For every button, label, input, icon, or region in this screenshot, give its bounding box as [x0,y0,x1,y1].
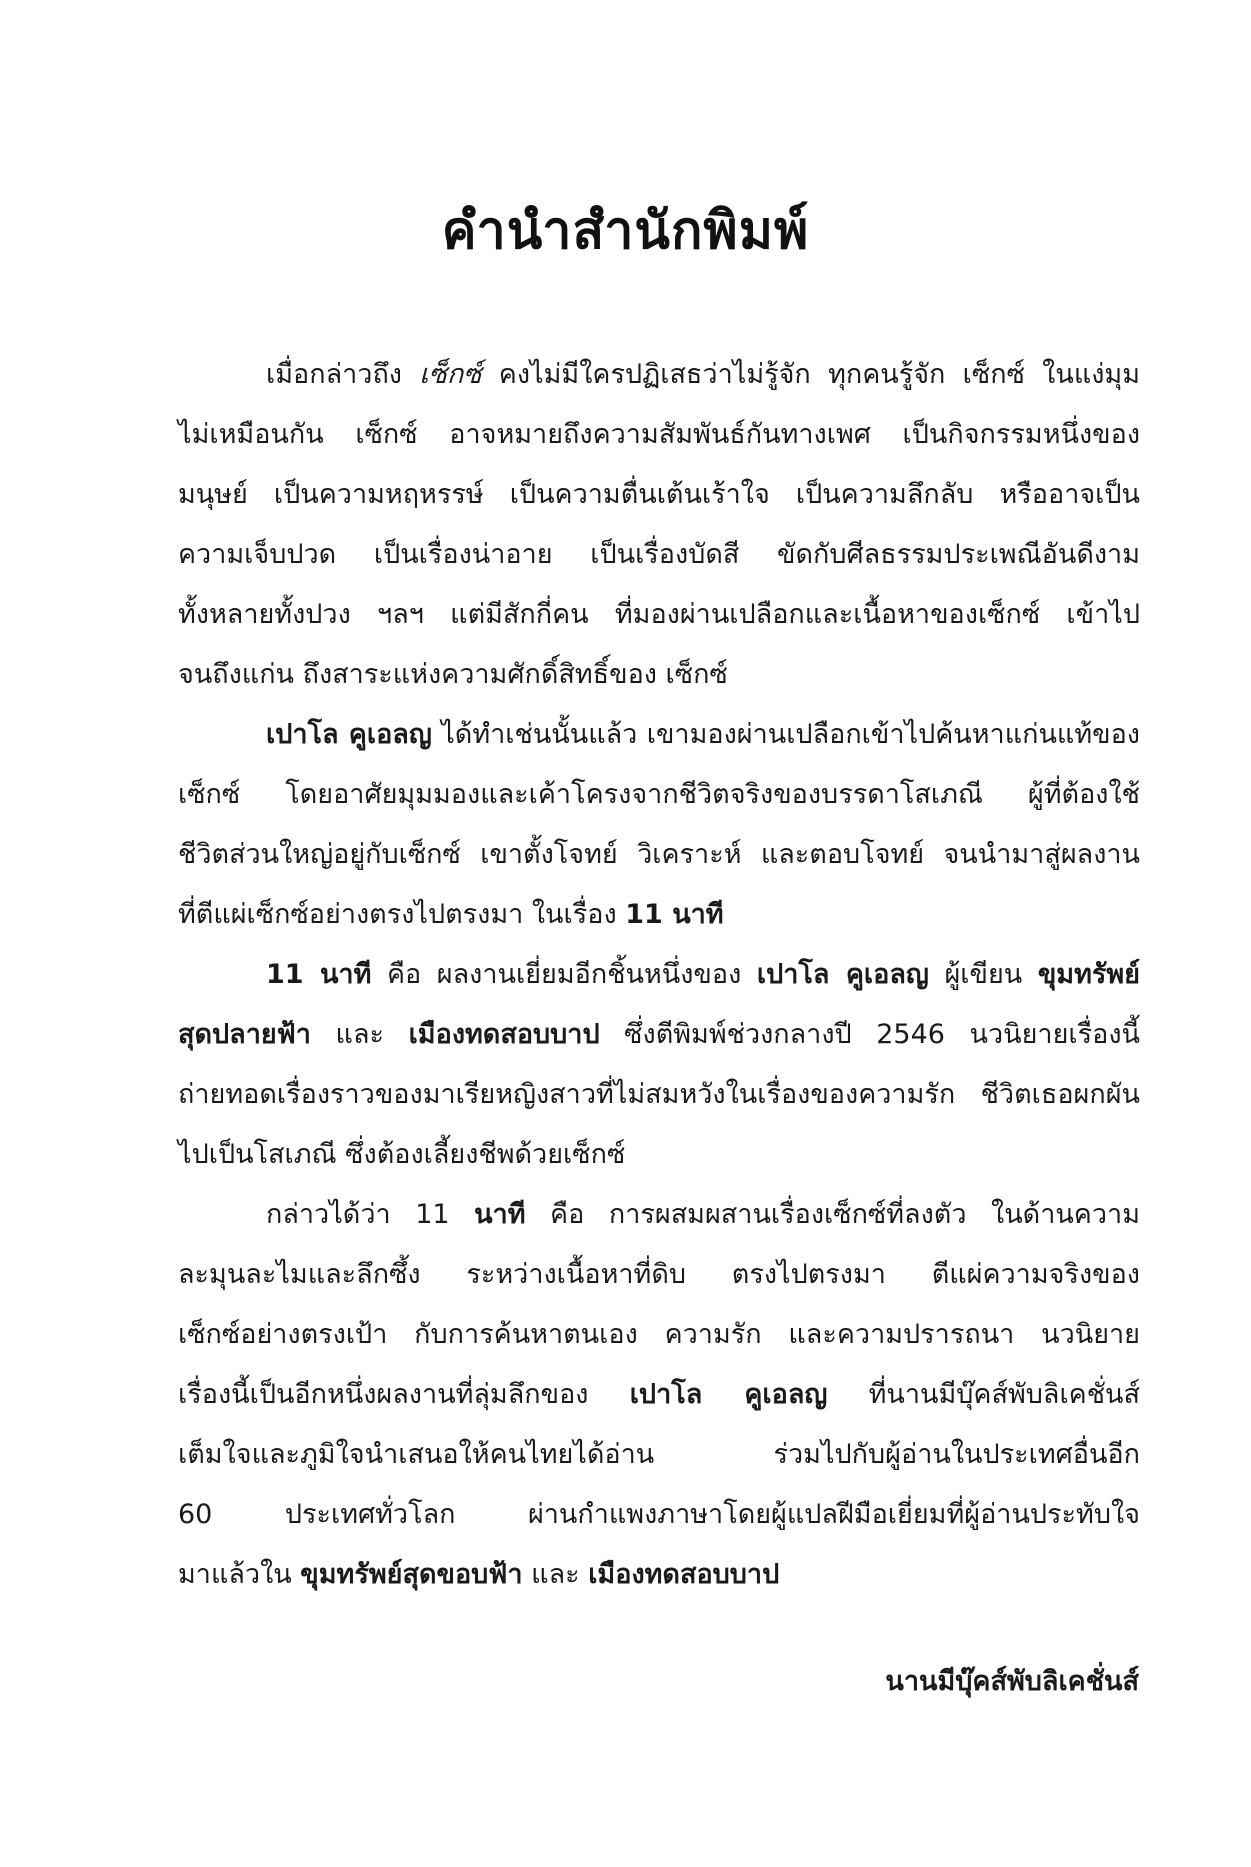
text-segment: ถ่ายทอดเรื่องราวของมาเรียหญิงสาวที่ไม่สม… [178,1079,1140,1110]
text-segment: เซ็กซ์ โดยอาศัยมุมมองและเค้าโครงจากชีวิต… [178,779,1140,810]
document-page: คำนำสำนักพิมพ์ เมื่อกล่าวถึง เซ็กซ์ คงไม… [0,0,1251,1867]
preface-body: เมื่อกล่าวถึง เซ็กซ์ คงไม่มีใครปฏิเสธว่า… [178,345,1140,1605]
text-line: กล่าวได้ว่า 11 นาที คือ การผสมผสานเรื่อง… [178,1185,1140,1245]
text-segment: ที่นานมีบุ๊คส์พับลิเคชั่นส์ [827,1379,1140,1410]
bold-text: นาที [474,1199,525,1230]
bold-text: เปาโล คูเอลญ [630,1379,828,1410]
text-segment: ละมุนละไมและลึกซึ้ง ระหว่างเนื้อหาที่ดิบ… [178,1259,1140,1290]
text-line: เปาโล คูเอลญ ได้ทำเช่นนั้นแล้ว เขามองผ่า… [178,705,1140,765]
text-line: เต็มใจและภูมิใจนำเสนอให้คนไทยได้อ่าน ร่ว… [178,1425,1140,1485]
text-segment: และ [311,1019,409,1050]
text-segment: มนุษย์ เป็นความหฤหรรษ์ เป็นความตื่นเต้นเ… [178,479,1140,510]
bold-text: ขุมทรัพย์สุดขอบฟ้า [300,1559,522,1590]
page-title: คำนำสำนักพิมพ์ [0,188,1251,271]
text-line: มาแล้วใน ขุมทรัพย์สุดขอบฟ้า และ เมืองทดส… [178,1545,1140,1605]
text-segment: คือ ผลงานเยี่ยมอีกชิ้นหนึ่งของ [371,959,756,990]
text-segment: ได้ทำเช่นนั้นแล้ว เขามองผ่านเปลือกเข้าไป… [432,719,1140,750]
bold-text: สุดปลายฟ้า [178,1019,311,1050]
text-segment: เมื่อกล่าวถึง [266,359,419,390]
text-line: ละมุนละไมและลึกซึ้ง ระหว่างเนื้อหาที่ดิบ… [178,1245,1140,1305]
text-segment: กล่าวได้ว่า 11 [266,1199,474,1230]
text-line: เซ็กซ์ โดยอาศัยมุมมองและเค้าโครงจากชีวิต… [178,765,1140,825]
paragraph: 11 นาที คือ ผลงานเยี่ยมอีกชิ้นหนึ่งของ เ… [178,945,1140,1185]
text-segment: 60 ประเทศทั่วโลก ผ่านกำแพงภาษาโดยผู้แปลฝ… [178,1499,1140,1530]
text-line: 11 นาที คือ ผลงานเยี่ยมอีกชิ้นหนึ่งของ เ… [178,945,1140,1005]
text-segment: เซ็กซ์อย่างตรงเป้า กับการค้นหาตนเอง ความ… [178,1319,1140,1350]
text-segment: คือ การผสมผสานเรื่องเซ็กซ์ที่ลงตัว ในด้า… [526,1199,1140,1230]
text-line: ไม่เหมือนกัน เซ็กซ์ อาจหมายถึงความสัมพัน… [178,405,1140,465]
text-segment: ซึ่งตีพิมพ์ช่วงกลางปี 2546 นวนิยายเรื่อง… [600,1019,1140,1050]
text-line: สุดปลายฟ้า และ เมืองทดสอบบาป ซึ่งตีพิมพ์… [178,1005,1140,1065]
text-line: ถ่ายทอดเรื่องราวของมาเรียหญิงสาวที่ไม่สม… [178,1065,1140,1125]
paragraph: กล่าวได้ว่า 11 นาที คือ การผสมผสานเรื่อง… [178,1185,1140,1605]
text-segment: ที่ตีแผ่เซ็กซ์อย่างตรงไปตรงมา ในเรื่อง [178,899,625,930]
bold-text: เปาโล คูเอลญ [266,719,432,750]
text-segment: เต็มใจและภูมิใจนำเสนอให้คนไทยได้อ่าน ร่ว… [178,1439,1140,1470]
text-segment: ทั้งหลายทั้งปวง ฯลฯ แต่มีสักกี่คน ที่มอง… [178,599,1140,630]
text-line: จนถึงแก่น ถึงสาระแห่งความศักดิ์สิทธิ์ของ… [178,645,1140,705]
text-line: ไปเป็นโสเภณี ซึ่งต้องเลี้ยงชีพด้วยเซ็กซ์ [178,1125,1140,1185]
bold-text: 11 นาที [266,959,371,990]
text-line: 60 ประเทศทั่วโลก ผ่านกำแพงภาษาโดยผู้แปลฝ… [178,1485,1140,1545]
text-line: มนุษย์ เป็นความหฤหรรษ์ เป็นความตื่นเต้นเ… [178,465,1140,525]
text-segment: จนถึงแก่น ถึงสาระแห่งความศักดิ์สิทธิ์ของ… [178,659,728,690]
italic-text: เซ็กซ์ [419,359,481,390]
text-line: ทั้งหลายทั้งปวง ฯลฯ แต่มีสักกี่คน ที่มอง… [178,585,1140,645]
bold-text: เปาโล คูเอลญ [757,959,929,990]
text-line: เรื่องนี้เป็นอีกหนึ่งผลงานที่ลุ่มลึกของ … [178,1365,1140,1425]
bold-text: 11 นาที [625,899,723,930]
text-line: เมื่อกล่าวถึง เซ็กซ์ คงไม่มีใครปฏิเสธว่า… [178,345,1140,405]
text-line: เซ็กซ์อย่างตรงเป้า กับการค้นหาตนเอง ความ… [178,1305,1140,1365]
bold-text: เมืองทดสอบบาป [409,1019,600,1050]
text-segment: ชีวิตส่วนใหญ่อยู่กับเซ็กซ์ เขาตั้งโจทย์ … [178,839,1140,870]
text-line: ที่ตีแผ่เซ็กซ์อย่างตรงไปตรงมา ในเรื่อง 1… [178,885,1140,945]
text-segment: ผู้เขียน [929,959,1038,990]
text-segment: มาแล้วใน [178,1559,300,1590]
paragraph: เปาโล คูเอลญ ได้ทำเช่นนั้นแล้ว เขามองผ่า… [178,705,1140,945]
text-line: ชีวิตส่วนใหญ่อยู่กับเซ็กซ์ เขาตั้งโจทย์ … [178,825,1140,885]
bold-text: ขุมทรัพย์ [1038,959,1140,990]
paragraph: เมื่อกล่าวถึง เซ็กซ์ คงไม่มีใครปฏิเสธว่า… [178,345,1140,705]
text-line: ความเจ็บปวด เป็นเรื่องน่าอาย เป็นเรื่องบ… [178,525,1140,585]
bold-text: เมืองทดสอบบาป [588,1559,779,1590]
text-segment: และ [523,1559,589,1590]
text-segment: คงไม่มีใครปฏิเสธว่าไม่รู้จัก ทุกคนรู้จัก… [482,359,1141,390]
text-segment: เรื่องนี้เป็นอีกหนึ่งผลงานที่ลุ่มลึกของ [178,1379,630,1410]
text-segment: ความเจ็บปวด เป็นเรื่องน่าอาย เป็นเรื่องบ… [178,539,1140,570]
text-segment: ไม่เหมือนกัน เซ็กซ์ อาจหมายถึงความสัมพัน… [178,419,1140,450]
publisher-signature: นานมีบุ๊คส์พับลิเคชั่นส์ [885,1652,1139,1712]
text-segment: ไปเป็นโสเภณี ซึ่งต้องเลี้ยงชีพด้วยเซ็กซ์ [178,1139,625,1170]
